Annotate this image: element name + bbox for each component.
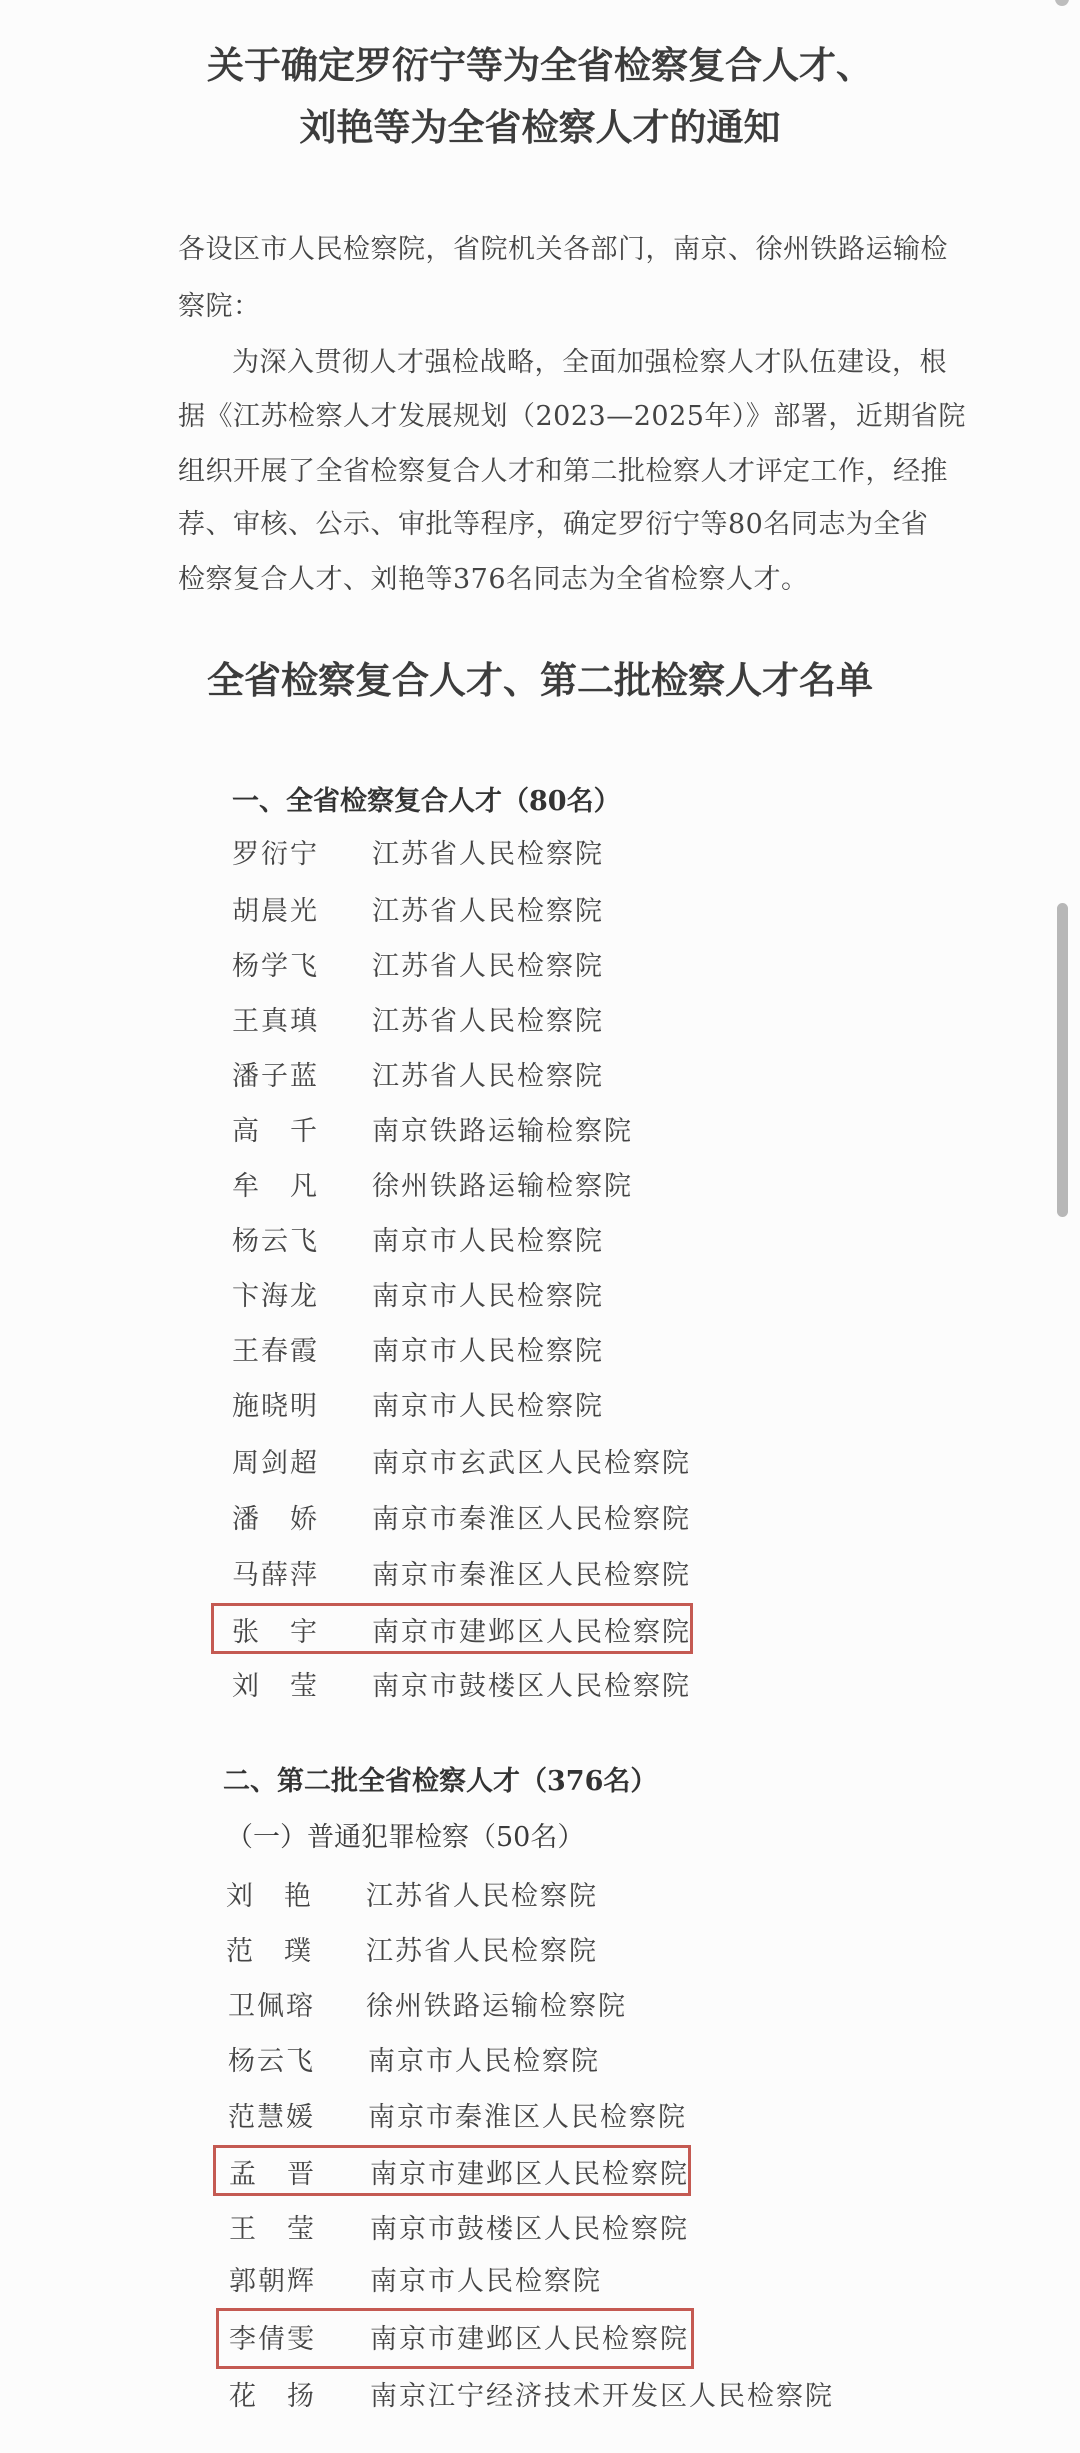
person-name: 牟 凡 [232,1169,319,1205]
highlight-box [211,1603,693,1654]
person-name: 郭朝辉 [229,2264,316,2300]
scrollbar-thumb[interactable] [1057,903,1068,1217]
section-1-heading: 一、全省检察复合人才（80名） [232,784,621,820]
organization: 南京市人民检察院 [372,1389,604,1425]
person-name: 高 千 [232,1114,319,1150]
organization: 江苏省人民检察院 [366,1879,598,1915]
organization: 南京市人民检察院 [372,1279,604,1315]
person-name: 卫佩瑢 [228,1989,315,2025]
organization: 南京市秦淮区人民检察院 [372,1502,691,1538]
salutation-line-1: 各设区市人民检察院，省院机关各部门，南京、徐州铁路运输检 [178,232,948,268]
person-name: 范 璞 [226,1934,313,1970]
person-name: 施晓明 [232,1389,319,1425]
organization: 南京市玄武区人民检察院 [372,1446,691,1482]
organization: 南京江宁经济技术开发区人民检察院 [370,2379,834,2415]
body-line-3: 组织开展了全省检察复合人才和第二批检察人才评定工作，经推 [178,454,948,490]
organization: 南京市人民检察院 [372,1334,604,1370]
organization: 江苏省人民检察院 [372,894,604,930]
organization: 江苏省人民检察院 [372,1004,604,1040]
person-name: 花 扬 [229,2379,316,2415]
body-line-1: 为深入贯彻人才强检战略，全面加强检察人才队伍建设，根 [232,345,947,381]
body-line-5: 检察复合人才、刘艳等376名同志为全省检察人才。 [178,562,809,598]
organization: 江苏省人民检察院 [372,837,604,873]
body-line-4: 荐、审核、公示、审批等程序，确定罗衍宁等80名同志为全省 [178,507,928,543]
highlight-box [216,2308,694,2369]
organization: 徐州铁路运输检察院 [372,1169,633,1205]
person-name: 胡晨光 [232,894,319,930]
salutation-line-2: 察院： [178,289,261,325]
person-name: 杨云飞 [232,1224,319,1260]
document-title-line-2: 刘艳等为全省检察人才的通知 [0,105,1080,149]
person-name: 刘 莹 [232,1669,319,1705]
person-name: 范慧媛 [228,2100,315,2136]
person-name: 卞海龙 [232,1279,319,1315]
person-name: 罗衍宁 [232,837,319,873]
organization: 徐州铁路运输检察院 [366,1989,627,2025]
organization: 南京市人民检察院 [368,2044,600,2080]
person-name: 潘子蓝 [232,1059,319,1095]
organization: 江苏省人民检察院 [366,1934,598,1970]
person-name: 杨学飞 [232,949,319,985]
organization: 江苏省人民检察院 [372,1059,604,1095]
organization: 南京市鼓楼区人民检察院 [370,2212,689,2248]
person-name: 刘 艳 [226,1879,313,1915]
section-2-subheading: （一）普通犯罪检察（50名） [226,1820,584,1856]
person-name: 王真瑱 [232,1004,319,1040]
person-name: 周剑超 [232,1446,319,1482]
organization: 南京市鼓楼区人民检察院 [372,1669,691,1705]
organization: 南京市秦淮区人民检察院 [368,2100,687,2136]
section-2-heading: 二、第二批全省检察人才（376名） [223,1764,657,1800]
list-heading: 全省检察复合人才、第二批检察人才名单 [0,658,1080,702]
organization: 南京铁路运输检察院 [372,1114,633,1150]
organization: 江苏省人民检察院 [372,949,604,985]
document-title-line-1: 关于确定罗衍宁等为全省检察复合人才、 [0,43,1080,87]
scroll-indicator-dot [1055,0,1069,6]
body-line-2: 据《江苏检察人才发展规划（2023—2025年）》部署，近期省院 [178,399,966,435]
organization: 南京市人民检察院 [372,1224,604,1260]
organization: 南京市人民检察院 [370,2264,602,2300]
organization: 南京市秦淮区人民检察院 [372,1558,691,1594]
person-name: 马薛萍 [232,1558,319,1594]
person-name: 杨云飞 [228,2044,315,2080]
person-name: 王春霞 [232,1334,319,1370]
person-name: 王 莹 [229,2212,316,2248]
highlight-box [213,2145,691,2196]
person-name: 潘 娇 [232,1502,319,1538]
